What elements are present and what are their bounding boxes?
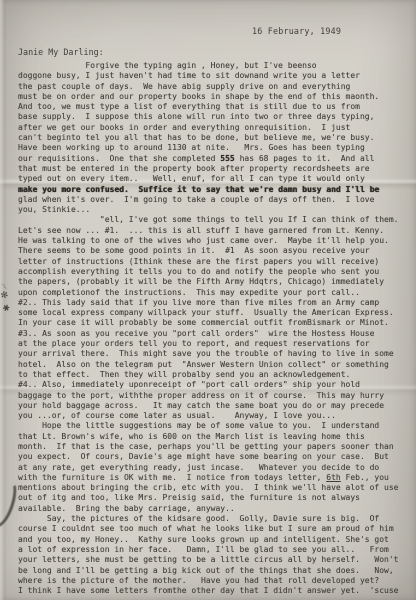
- letter-line: be long and I'll be getting a big kick o…: [18, 566, 414, 576]
- letter-line: course I couldnt see too much of what he…: [18, 524, 414, 534]
- letter-salutation: Janie My Darling:: [18, 47, 104, 57]
- letter-line: He was talking to one of the wives who j…: [18, 236, 414, 246]
- letter-line: glad when it's over. I'm going to take a…: [18, 195, 414, 205]
- letter-line: you ...or, of course come later as usual…: [18, 411, 414, 421]
- letter-line: typed out on every item.. Well, enuf, fo…: [18, 174, 414, 184]
- letter-line: to that effect. Then they will probalby …: [18, 370, 414, 380]
- letter-line: accomplish everything it tells you to do…: [18, 267, 414, 277]
- letter-line: I think I have some letters fromthe othe…: [18, 586, 414, 596]
- letter-date: 16 February, 1949: [252, 26, 341, 36]
- letter-line: Forgive the typing agin , Honey, but I'v…: [18, 61, 414, 71]
- letter-line: at the place your orders tell you to rep…: [18, 339, 414, 349]
- letter-line: #2.. This lady said that if you live mor…: [18, 298, 414, 308]
- letter-line: base supply. I suppose this alone will r…: [18, 112, 414, 122]
- letter-line: Say, the pictures of the kidsare good. G…: [18, 514, 414, 524]
- letter-line: Hope the little suggestions may be of so…: [18, 421, 414, 431]
- letter-line: Have been working up to around 1130 at n…: [18, 143, 414, 153]
- letter-line: available. Bring the baby carriage, anyw…: [18, 504, 414, 514]
- letter-line: where is the picture of the mother. Have…: [18, 576, 414, 586]
- letter-line: that must be entered in the property boo…: [18, 164, 414, 174]
- letter-line: and you too, my Honey.. Kathy sure looks…: [18, 535, 414, 545]
- letter-line: #3.. As soon as you receive you "port ca…: [18, 329, 414, 339]
- letter-line: at any rate, get everything ready, just …: [18, 463, 414, 473]
- emphasized-text: 555: [220, 154, 234, 163]
- letter-line: "ell, I've got some things to tell you I…: [18, 215, 414, 225]
- letter-line: In your case it will probably be some co…: [18, 318, 414, 328]
- letter-line: the past couple of days. We have abig su…: [18, 82, 414, 92]
- letter-line: with the furniture is OK with me. I noti…: [18, 473, 414, 483]
- letter-line: And too, we must type a list of everythi…: [18, 102, 414, 112]
- scanned-letter-page: ✻ ✱ 〜 16 February, 1949 Janie My Darling…: [0, 0, 416, 600]
- letter-line: the papers, (probably it will be the Fif…: [18, 277, 414, 287]
- letter-line: Let's see now ... #1. ... this is all st…: [18, 226, 414, 236]
- letter-line: baggage to the port, withthe proper addr…: [18, 391, 414, 401]
- letter-line: letter of instructions (Ithink these are…: [18, 257, 414, 267]
- letter-line: you, Stinkie...: [18, 205, 414, 215]
- letter-line: your arrival there. This might save you …: [18, 349, 414, 359]
- letter-line: your hold baggage across. It may catch t…: [18, 401, 414, 411]
- letter-line: that Lt. Brown's wife, who is 600 on the…: [18, 432, 414, 442]
- letter-line: upon completionof the instructions. This…: [18, 288, 414, 298]
- letter-line: can't beginto tel you all that has to be…: [18, 133, 414, 143]
- letter-line: a lot of expression in her face. Damn, I…: [18, 545, 414, 555]
- letter-line: There seems to be some good points in it…: [18, 246, 414, 256]
- letter-line: month. If that is the case, perhaps you'…: [18, 442, 414, 452]
- letter-line: out of itg and too, like Mrs. Preisig sa…: [18, 493, 414, 503]
- letter-line: you expect. Of cours, Davie's age might …: [18, 452, 414, 462]
- letter-line: make you more confused. Suffice it to sa…: [18, 185, 414, 195]
- letter-body: Forgive the typing agin , Honey, but I'v…: [18, 61, 414, 596]
- pencil-asterisk-mark: ✱: [1, 300, 12, 315]
- letter-line: some local express company willpack your…: [18, 308, 414, 318]
- letter-line: hotel. Also on the telegram put "Answer …: [18, 360, 414, 370]
- letter-line: doggone busy, I just haven't had time to…: [18, 71, 414, 81]
- emphasized-text: 6th: [326, 473, 340, 482]
- letter-line: mentions about bringing the crib, etc wi…: [18, 483, 414, 493]
- letter-line: must be on order and our property books …: [18, 92, 414, 102]
- letter-line: your letters, she must be getting to be …: [18, 555, 414, 565]
- letter-line: after we get our books in order and ever…: [18, 123, 414, 133]
- letter-line: #4.. Also, immediately uponreceipt of "p…: [18, 380, 414, 390]
- letter-line: our requisitions. One that she completed…: [18, 154, 414, 164]
